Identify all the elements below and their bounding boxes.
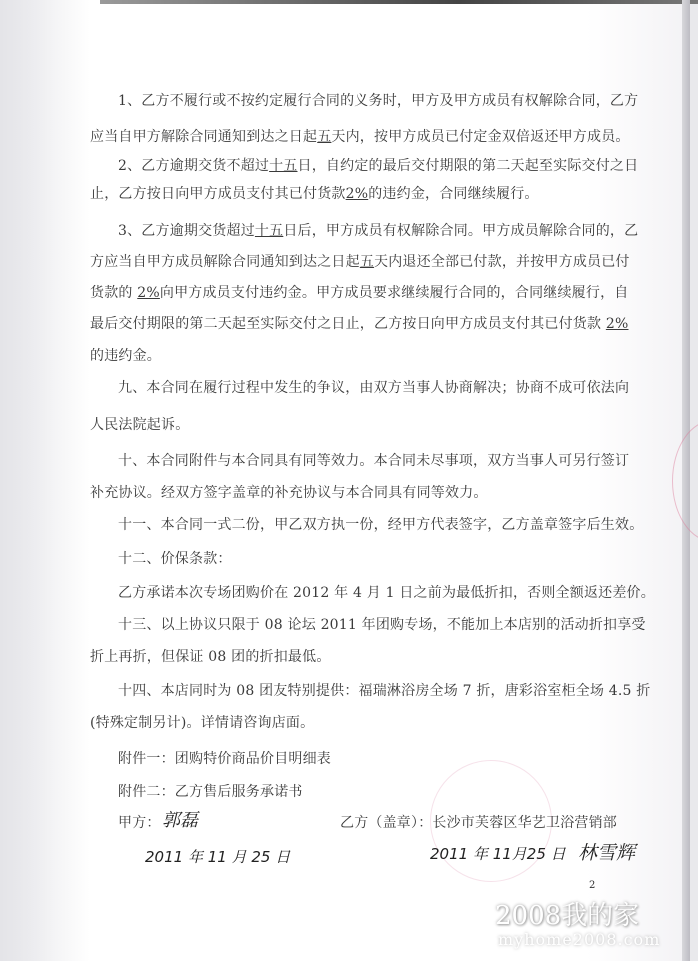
- clause-2-line-1: 2、乙方逾期交货不超过十五日，自约定的最后交付期限的第二天起至实际交付之日: [118, 155, 638, 175]
- attachment-2: 附件二：乙方售后服务承诺书: [118, 781, 303, 801]
- party-b-signature: 林雪辉: [578, 838, 635, 865]
- clause-12-body: 乙方承诺本次专场团购价在 2012 年 4 月 1 日之前为最低折扣，否则全额返…: [118, 582, 655, 602]
- clause-14-line-2: (特殊定制另计)。详情请咨询店面。: [90, 712, 314, 732]
- clause-10-line-1: 十、本合同附件与本合同具有同等效力。本合同未尽事项，双方当事人可另行签订: [118, 450, 629, 470]
- party-b-date: 2011 年 11月25 日: [430, 843, 566, 864]
- clause-3-line-2: 方应当自甲方成员解除合同通知到达之日起五天内退还全部已付款，并按甲方成员已付: [90, 251, 630, 271]
- page-number: 2: [589, 880, 595, 891]
- scan-top-edge: [100, 0, 698, 4]
- clause-3-line-1: 3、乙方逾期交货超过十五日后，甲方成员有权解除合同。甲方成员解除合同的，乙: [118, 220, 638, 240]
- clause-12-title: 十二、价保条款：: [118, 548, 232, 568]
- clause-13-line-1: 十三、以上协议只限于 08 论坛 2011 年团购专场，不能加上本店别的活动折扣…: [118, 614, 646, 634]
- clause-14-line-1: 十四、本店同时为 08 团友特别提供：福瑞淋浴房全场 7 折，唐彩浴室柜全场 4…: [118, 680, 651, 700]
- clause-3-line-4: 最后交付期限的第二天起至实际交付之日止，乙方按日向甲方成员支付其已付货款 2%: [90, 313, 628, 333]
- scanned-page: 1、乙方不履行或不按约定履行合同的义务时，甲方及甲方成员有权解除合同，乙方 应当…: [0, 0, 690, 961]
- watermark-title: 2008我的家: [495, 895, 639, 932]
- attachment-1: 附件一：团购特价商品价目明细表: [118, 748, 331, 768]
- clause-13-line-2: 折上再折，但保证 08 团的折扣最低。: [90, 646, 331, 666]
- clause-1-line-1: 1、乙方不履行或不按约定履行合同的义务时，甲方及甲方成员有权解除合同，乙方: [118, 90, 638, 110]
- party-b-label: 乙方（盖章）：长沙市芙蓉区华艺卫浴营销部: [340, 812, 617, 832]
- clause-1-line-2: 应当自甲方解除合同通知到达之日起五天内，按甲方成员已付定金双倍返还甲方成员。: [90, 126, 630, 146]
- watermark-url: myhome2008.com: [498, 930, 660, 949]
- scan-shadow: [0, 0, 90, 961]
- red-seal-stamp: [672, 420, 698, 542]
- clause-2-line-2: 止，乙方按日向甲方成员支付其已付货款2%的违约金，合同继续履行。: [90, 183, 539, 203]
- party-a-signature: 郭磊: [162, 806, 198, 832]
- clause-11-line-1: 十一、本合同一式二份，甲乙双方执一份，经甲方代表签字，乙方盖章签字后生效。: [118, 514, 643, 534]
- party-a-date: 2011 年 11 月 25 日: [145, 846, 290, 867]
- party-a-label: 甲方：: [118, 812, 161, 832]
- clause-3-line-3: 货款的 2%向甲方成员支付违约金。甲方成员要求继续履行合同的，合同继续履行，自: [90, 282, 628, 302]
- clause-9-line-1: 九、本合同在履行过程中发生的争议，由双方当事人协商解决；协商不成可依法向: [118, 377, 629, 397]
- clause-3-line-5: 的违约金。: [90, 345, 161, 365]
- clause-9-line-2: 人民法院起诉。: [90, 414, 189, 434]
- clause-10-line-2: 补充协议。经双方签字盖章的补充协议与本合同具有同等效力。: [90, 482, 488, 502]
